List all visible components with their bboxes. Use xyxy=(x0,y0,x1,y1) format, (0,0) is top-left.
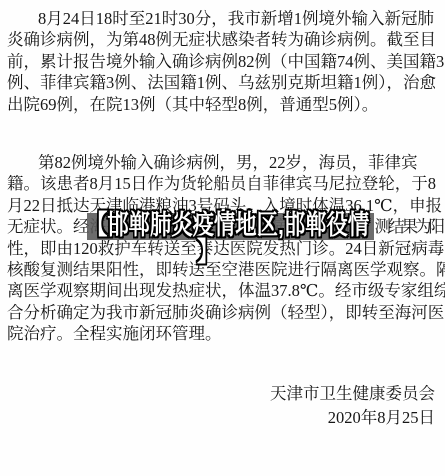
text-line: 院治疗。全程实施闭环管理。 xyxy=(7,323,441,344)
text-line: 籍。该患者8月15日作为货轮船员自菲律宾马尼拉登轮，于8 xyxy=(7,173,441,194)
text-line: 核酸复测结果阳性，即转送至空港医院进行隔离医学观察。隔 xyxy=(7,259,441,280)
text-line: 8月24日18时至21时30分，我市新增1例境外输入新冠肺 xyxy=(7,8,441,29)
text-line: 例、菲律宾籍3例、法国籍1例、乌兹别克斯坦籍1例），治愈 xyxy=(7,72,441,93)
text-after-watermark: 测结果为阳 xyxy=(375,217,443,236)
watermark-text: 【邯郸肺炎疫情地区,邯郸役情 xyxy=(86,210,369,241)
text-line: 离医学观察期间出现发热症状，体温37.8℃。经市级专家组综 xyxy=(7,280,441,301)
signature-block: 天津市卫生健康委员会 2020年8月25日 xyxy=(270,382,435,429)
text-line: 第82例境外输入确诊病例，男，22岁，海员，菲律宾 xyxy=(7,152,441,173)
text-line: 合分析确定为我市新冠肺炎确诊病例（轻型），即转至海河医 xyxy=(7,302,441,323)
watermark-bracket: 】 xyxy=(197,237,218,268)
text-before-watermark: 无症状。经 xyxy=(7,217,90,236)
text-line: 前，累计报告境外输入确诊病例82例（中国籍74例、美国籍3 xyxy=(7,51,441,72)
document-page: 8月24日18时至21时30分，我市新增1例境外输入新冠肺炎确诊病例，为第48例… xyxy=(0,0,445,476)
document-body: 8月24日18时至21时30分，我市新增1例境外输入新冠肺炎确诊病例，为第48例… xyxy=(7,8,441,345)
paragraph: 8月24日18时至21时30分，我市新增1例境外输入新冠肺炎确诊病例，为第48例… xyxy=(7,8,441,115)
signature-date: 2020年8月25日 xyxy=(270,406,435,430)
signature-org: 天津市卫生健康委员会 xyxy=(270,382,435,406)
text-line: 炎确诊病例，为第48例无症状感染者转为确诊病例。截至目 xyxy=(7,29,441,50)
text-line: 出院69例，在院13例（其中轻型8例，普通型5例）。 xyxy=(7,94,441,115)
paragraph: 第82例境外输入确诊病例，男，22岁，海员，菲律宾籍。该患者8月15日作为货轮船… xyxy=(7,152,441,345)
